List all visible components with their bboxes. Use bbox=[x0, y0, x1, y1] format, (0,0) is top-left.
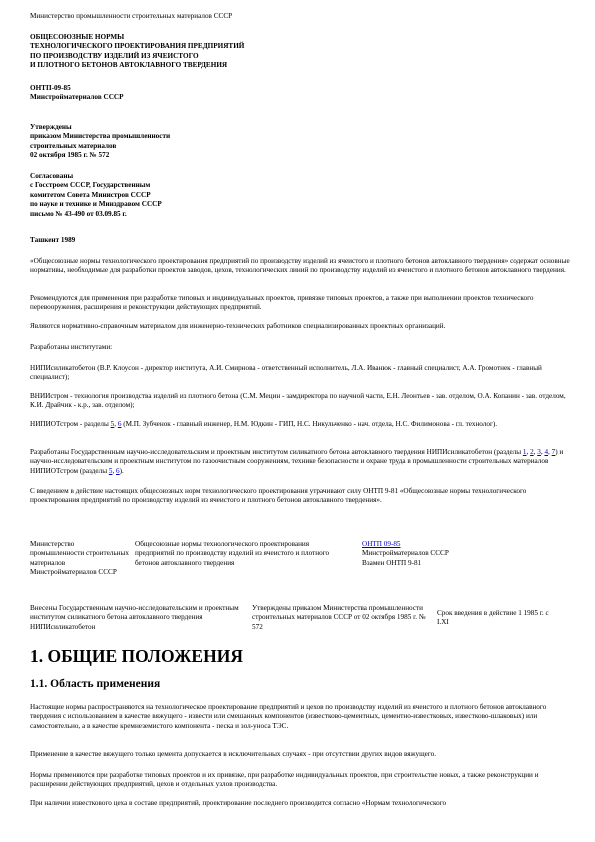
document-title: ОБЩЕСОЮЗНЫЕ НОРМЫ ТЕХНОЛОГИЧЕСКОГО ПРОЕК… bbox=[30, 33, 570, 71]
title-line: И ПЛОТНОГО БЕТОНОВ АВТОКЛАВНОГО ТВЕРДЕНИ… bbox=[30, 61, 570, 70]
ministry-line: Министерство промышленности строительных… bbox=[30, 12, 570, 21]
section-heading-1: 1. ОБЩИЕ ПОЛОЖЕНИЯ bbox=[30, 645, 243, 667]
agreed-block: Согласованы с Госстроем СССР, Государств… bbox=[30, 172, 570, 219]
title-line: ПО ПРОИЗВОДСТВУ ИЗДЕЛИЙ ИЗ ЯЧЕИСТОГО bbox=[30, 52, 570, 61]
scope-paragraph-4: При наличии известкового цеха в составе … bbox=[30, 799, 570, 808]
section-link-5[interactable]: 5 bbox=[111, 420, 115, 428]
section-link-5b[interactable]: 5 bbox=[109, 467, 113, 475]
developer-3: НИПИОТстром - разделы 5, 6 (М.П. Зубчено… bbox=[30, 420, 570, 429]
developed-by-label: Разработаны институтами: bbox=[30, 343, 570, 352]
code-link[interactable]: ОНТП 09-85 bbox=[362, 540, 401, 548]
agreed-line: Согласованы bbox=[30, 172, 570, 181]
developed-gov-paragraph: Разработаны Государственным научно-иссле… bbox=[30, 448, 570, 476]
title-line: ТЕХНОЛОГИЧЕСКОГО ПРОЕКТИРОВАНИЯ ПРЕДПРИЯ… bbox=[30, 42, 570, 51]
scope-paragraph-1: Настоящие нормы распространяются на техн… bbox=[30, 703, 570, 731]
agreed-line: комитетом Совета Министров СССР bbox=[30, 191, 570, 200]
approved-block: Утверждены приказом Министерства промышл… bbox=[30, 123, 570, 161]
ministry-text: Министерство промышленности строительных… bbox=[30, 12, 232, 20]
section-link-3[interactable]: 3 bbox=[537, 448, 541, 456]
section-link-4[interactable]: 4 bbox=[544, 448, 548, 456]
info-table-1-col2: Общесоюзные нормы технологического проек… bbox=[135, 540, 350, 578]
agreed-line: по науке и технике и Минздравом СССР bbox=[30, 200, 570, 209]
info-table-2-col1: Внесены Государственным научно-исследова… bbox=[30, 604, 245, 632]
developer-3-post: (М.П. Зубченок - главный инженер, Н.М. Ю… bbox=[121, 420, 497, 428]
recommend-paragraph: Рекомендуются для применения при разрабо… bbox=[30, 294, 570, 313]
city-year: Ташкент 1989 bbox=[30, 236, 570, 245]
approved-line: строительных материалов bbox=[30, 142, 570, 151]
document-code: ОНТП-09-85 Минстройматериалов СССР bbox=[30, 84, 570, 103]
developer-3-pre: НИПИОТстром - разделы bbox=[30, 420, 111, 428]
info-table-1-col3: ОНТП 09-85 Минстройматериалов СССР Взаме… bbox=[362, 540, 562, 578]
info-table-2-col3: Срок введения в действие 1 1985 г. с I.X… bbox=[437, 604, 557, 632]
approved-line: приказом Министерства промышленности bbox=[30, 132, 570, 141]
title-line: ОБЩЕСОЮЗНЫЕ НОРМЫ bbox=[30, 33, 570, 42]
approved-line: Утверждены bbox=[30, 123, 570, 132]
info-table-1-col1: Министерство промышленности строительных… bbox=[30, 540, 130, 578]
intro-paragraph: «Общесоюзные нормы технологического прое… bbox=[30, 257, 570, 276]
info-table-2: Внесены Государственным научно-исследова… bbox=[30, 604, 570, 632]
scope-paragraph-3: Нормы применяются при разработке типовых… bbox=[30, 771, 570, 790]
section-link-2[interactable]: 2 bbox=[530, 448, 534, 456]
gov-pre: Разработаны Государственным научно-иссле… bbox=[30, 448, 523, 456]
gov-post: ). bbox=[120, 467, 124, 475]
approved-line: 02 октября 1985 г. № 572 bbox=[30, 151, 570, 160]
supersede-paragraph: С введением в действие настоящих общесою… bbox=[30, 487, 570, 506]
developer-1: НИПИсиликатобетон (В.Р. Клоусон - директ… bbox=[30, 364, 570, 383]
info-table-1-replaces: Взамен ОНТП 9-81 bbox=[362, 559, 562, 568]
developer-2: ВНИИстром - технология производства изде… bbox=[30, 392, 570, 411]
city-year-text: Ташкент 1989 bbox=[30, 236, 75, 244]
code-text: ОНТП-09-85 bbox=[30, 84, 570, 93]
section-link-1[interactable]: 1 bbox=[523, 448, 527, 456]
publisher-text: Минстройматериалов СССР bbox=[30, 93, 570, 102]
reference-paragraph: Являются нормативно-справочным материало… bbox=[30, 322, 570, 331]
info-table-1: Министерство промышленности строительных… bbox=[30, 540, 570, 578]
agreed-line: письмо № 43-490 от 03.09.85 г. bbox=[30, 210, 570, 219]
scope-paragraph-2: Применение в качестве вяжущего только це… bbox=[30, 750, 570, 759]
info-table-2-col2: Утверждены приказом Министерства промышл… bbox=[252, 604, 427, 632]
info-table-1-publisher: Минстройматериалов СССР bbox=[362, 549, 562, 558]
agreed-line: с Госстроем СССР, Государственным bbox=[30, 181, 570, 190]
subsection-heading-1-1: 1.1. Область применения bbox=[30, 677, 160, 691]
